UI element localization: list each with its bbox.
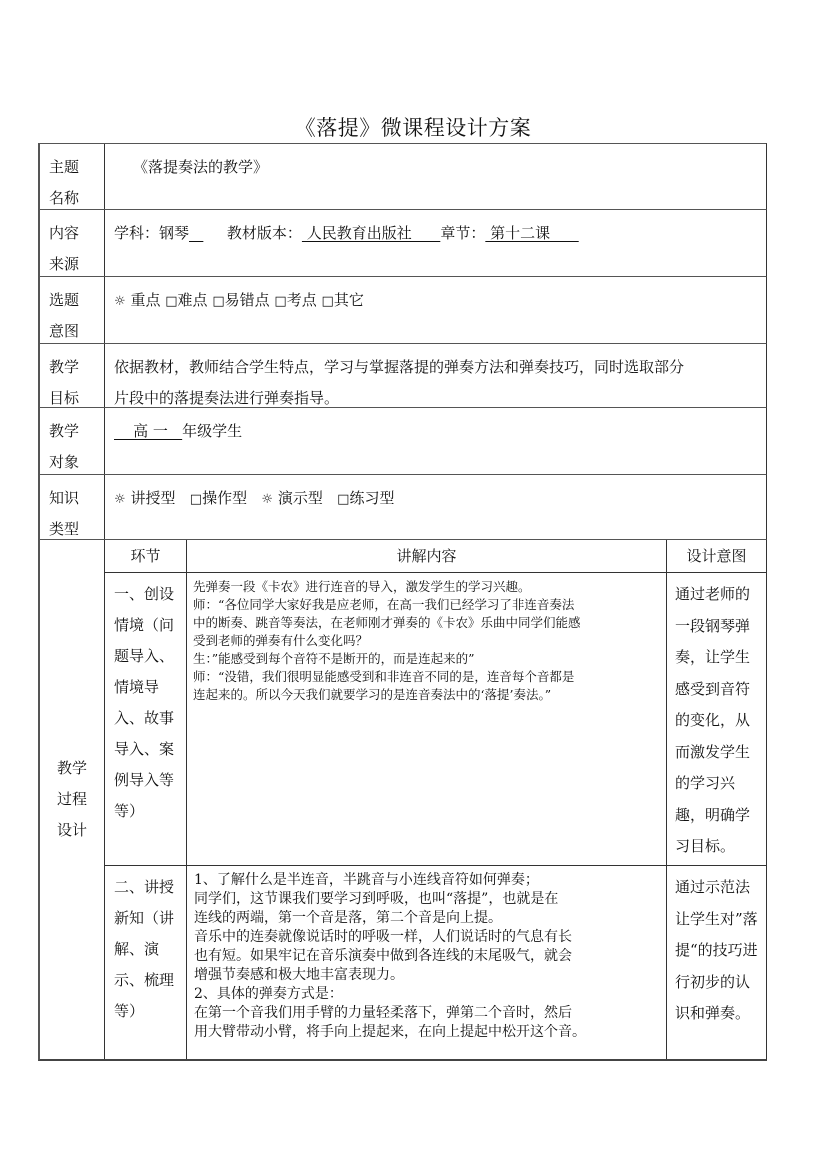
- stage-content: 1、了解什么是半连音，半跳音与小连线音符如何弹奏； 同学们，这节课我们要学习到呼…: [187, 866, 667, 1059]
- checkbox-icon: □: [165, 294, 177, 309]
- audience-value: 高 一 年级学生: [105, 408, 766, 474]
- option-label: 演示型: [278, 489, 323, 507]
- label-line: 内容: [49, 218, 104, 249]
- checkbox-icon: □: [274, 294, 286, 309]
- header-content: 讲解内容: [187, 540, 667, 572]
- selected-sun-icon: ☼: [261, 492, 273, 507]
- option-other[interactable]: □其它: [322, 291, 364, 309]
- row-knowledge-type: 知识 类型 ☼ 讲授型 □操作型 ☼ 演示型 □练习型: [38, 474, 767, 539]
- option-label: 难点: [178, 291, 208, 309]
- content-line: 师：“各位同学大家好我是应老师，在高一我们已经学习了非连音奏法: [193, 596, 660, 614]
- option-practice[interactable]: □练习型: [337, 489, 394, 507]
- chapter-value: 第十二课: [485, 224, 578, 242]
- row-label: 知识 类型: [40, 475, 105, 539]
- process-label: 教学 过程 设计: [40, 540, 105, 1059]
- document-title: 《落提》微课程设计方案: [0, 112, 826, 142]
- edition-label: 教材版本：: [227, 224, 302, 242]
- process-grid: 环节 讲解内容 设计意图 一、创设情境（问题导入、情境导入、故事导入、案例导入等…: [105, 540, 766, 1059]
- content-line: 在第一个音我们用手臂的力量轻柔落下，弹第二个音时，然后: [194, 1004, 660, 1023]
- row-audience: 教学 对象 高 一 年级学生: [38, 407, 767, 474]
- option-label: 其它: [334, 291, 364, 309]
- chapter-label: 章节：: [440, 224, 485, 242]
- option-exam-point[interactable]: □考点: [274, 291, 316, 309]
- selected-sun-icon: ☼: [114, 294, 126, 309]
- option-difficulty[interactable]: □难点: [165, 291, 207, 309]
- content-line: 同学们，这节课我们要学习到呼吸，也叫“落提”，也就是在: [194, 890, 660, 909]
- option-demonstration[interactable]: ☼ 演示型: [261, 489, 322, 507]
- header-intent: 设计意图: [667, 540, 766, 572]
- label-line: 对象: [49, 447, 104, 478]
- content-line: 师：“没错，我们很明显能感受到和非连音不同的是，连音每个音都是: [193, 668, 660, 686]
- edition-value: 人民教育出版社: [302, 224, 440, 242]
- content-line: 增强节奏感和极大地丰富表现力。: [194, 966, 660, 985]
- row-label: 教学 对象: [40, 408, 105, 474]
- label-line: 知识: [49, 483, 104, 514]
- grade-suffix: 年级学生: [182, 422, 242, 440]
- header-stage: 环节: [105, 540, 187, 572]
- subject-blank: [189, 224, 203, 242]
- goal-value: 依据教材，教师结合学生特点，学习与掌握落提的弹奏方法和弹奏技巧，同时选取部分 片…: [105, 344, 766, 407]
- row-source: 内容 来源 学科：钢琴 教材版本： 人民教育出版社 章节： 第十二课: [38, 209, 767, 276]
- goal-line: 依据教材，教师结合学生特点，学习与掌握落提的弹奏方法和弹奏技巧，同时选取部分: [114, 352, 766, 383]
- row-label: 主题 名称: [40, 144, 105, 209]
- content-line: 生：”能感受到每个音符不是断开的，而是连起来的”: [193, 650, 660, 668]
- content-line: 1、了解什么是半连音，半跳音与小连线音符如何弹奏；: [194, 871, 660, 890]
- content-line: 连起来的。所以今天我们就要学习的是连音奏法中的‘落提’奏法。”: [193, 686, 660, 704]
- grade-value: 高 一: [114, 422, 182, 440]
- option-label: 重点: [130, 291, 160, 309]
- option-label: 易错点: [225, 291, 270, 309]
- label-line: 主题: [49, 152, 104, 183]
- subject-value: 钢琴: [159, 224, 189, 242]
- row-goal: 教学 目标 依据教材，教师结合学生特点，学习与掌握落提的弹奏方法和弹奏技巧，同时…: [38, 343, 767, 407]
- row-label: 选题 意图: [40, 277, 105, 343]
- option-lecture[interactable]: ☼ 讲授型: [114, 489, 175, 507]
- selected-sun-icon: ☼: [114, 492, 126, 507]
- option-label: 练习型: [349, 489, 394, 507]
- stage-intent: 通过示范法让学生对”落提“的技巧进行初步的认识和弹奏。: [667, 866, 766, 1059]
- option-label: 讲授型: [130, 489, 175, 507]
- stage-intent: 通过老师的一段钢琴弹奏，让学生感受到音符的变化，从而激发学生的学习兴趣，明确学习…: [667, 573, 766, 865]
- content-line: 先弹奏一段《卡农》进行连音的导入，激发学生的学习兴趣。: [193, 578, 660, 596]
- checkbox-icon: □: [322, 294, 334, 309]
- checkbox-icon: □: [212, 294, 224, 309]
- content-line: 音乐中的连奏就像说话时的呼吸一样，人们说话时的气息有长: [194, 928, 660, 947]
- design-table: 主题 名称 《落提奏法的教学》 内容 来源 学科：钢琴 教材版本： 人民教育出版…: [38, 143, 767, 1061]
- subject-label: 学科：: [114, 224, 159, 242]
- stage-name: 一、创设情境（问题导入、情境导入、故事导入、案例导入等等）: [105, 573, 187, 865]
- label-line: 教学: [57, 753, 87, 784]
- checkbox-icon: □: [337, 492, 349, 507]
- label-line: 选题: [49, 285, 104, 316]
- option-error-prone[interactable]: □易错点: [212, 291, 269, 309]
- row-label: 教学 目标: [40, 344, 105, 407]
- process-header-row: 环节 讲解内容 设计意图: [105, 540, 766, 572]
- process-stage-row: 一、创设情境（问题导入、情境导入、故事导入、案例导入等等） 先弹奏一段《卡农》进…: [105, 572, 766, 865]
- option-label: 考点: [287, 291, 317, 309]
- intent-options: ☼ 重点 □难点 □易错点 □考点 □其它: [105, 277, 766, 343]
- topic-value: 《落提奏法的教学》: [105, 144, 766, 209]
- checkbox-icon: □: [190, 492, 202, 507]
- content-line: 中的断奏、跳音等奏法，在老师刚才弹奏的《卡农》乐曲中同学们能感: [193, 614, 660, 632]
- content-line: 2、具体的弹奏方式是：: [194, 985, 660, 1004]
- content-line: 连线的两端，第一个音是落，第二个音是向上提。: [194, 909, 660, 928]
- row-label: 内容 来源: [40, 210, 105, 276]
- label-line: 意图: [49, 316, 104, 347]
- row-topic: 主题 名称 《落提奏法的教学》: [38, 143, 767, 209]
- label-line: 教学: [49, 416, 104, 447]
- label-line: 过程: [57, 784, 87, 815]
- row-intent: 选题 意图 ☼ 重点 □难点 □易错点 □考点 □其它: [38, 276, 767, 343]
- label-line: 来源: [49, 249, 104, 280]
- label-line: 设计: [57, 815, 87, 846]
- source-value: 学科：钢琴 教材版本： 人民教育出版社 章节： 第十二课: [105, 210, 766, 276]
- option-key-point[interactable]: ☼ 重点: [114, 291, 160, 309]
- option-operation[interactable]: □操作型: [190, 489, 247, 507]
- content-line: 受到老师的弹奏有什么变化吗？: [193, 632, 660, 650]
- content-line: 也有短。如果牢记在音乐演奏中做到各连线的末尾吸气，就会: [194, 947, 660, 966]
- knowledge-options: ☼ 讲授型 □操作型 ☼ 演示型 □练习型: [105, 475, 766, 539]
- option-label: 操作型: [202, 489, 247, 507]
- label-line: 教学: [49, 352, 104, 383]
- stage-content: 先弹奏一段《卡农》进行连音的导入，激发学生的学习兴趣。 师：“各位同学大家好我是…: [187, 573, 667, 865]
- process-stage-row: 二、讲授新知（讲解、演示、梳理等） 1、了解什么是半连音，半跳音与小连线音符如何…: [105, 865, 766, 1059]
- content-line: 用大臂带动小臂，将手向上提起来，在向上提起中松开这个音。: [194, 1023, 660, 1042]
- row-teaching-process: 教学 过程 设计 环节 讲解内容 设计意图 一、创设情境（问题导入、情境导入、故…: [38, 539, 767, 1061]
- stage-name: 二、讲授新知（讲解、演示、梳理等）: [105, 866, 187, 1059]
